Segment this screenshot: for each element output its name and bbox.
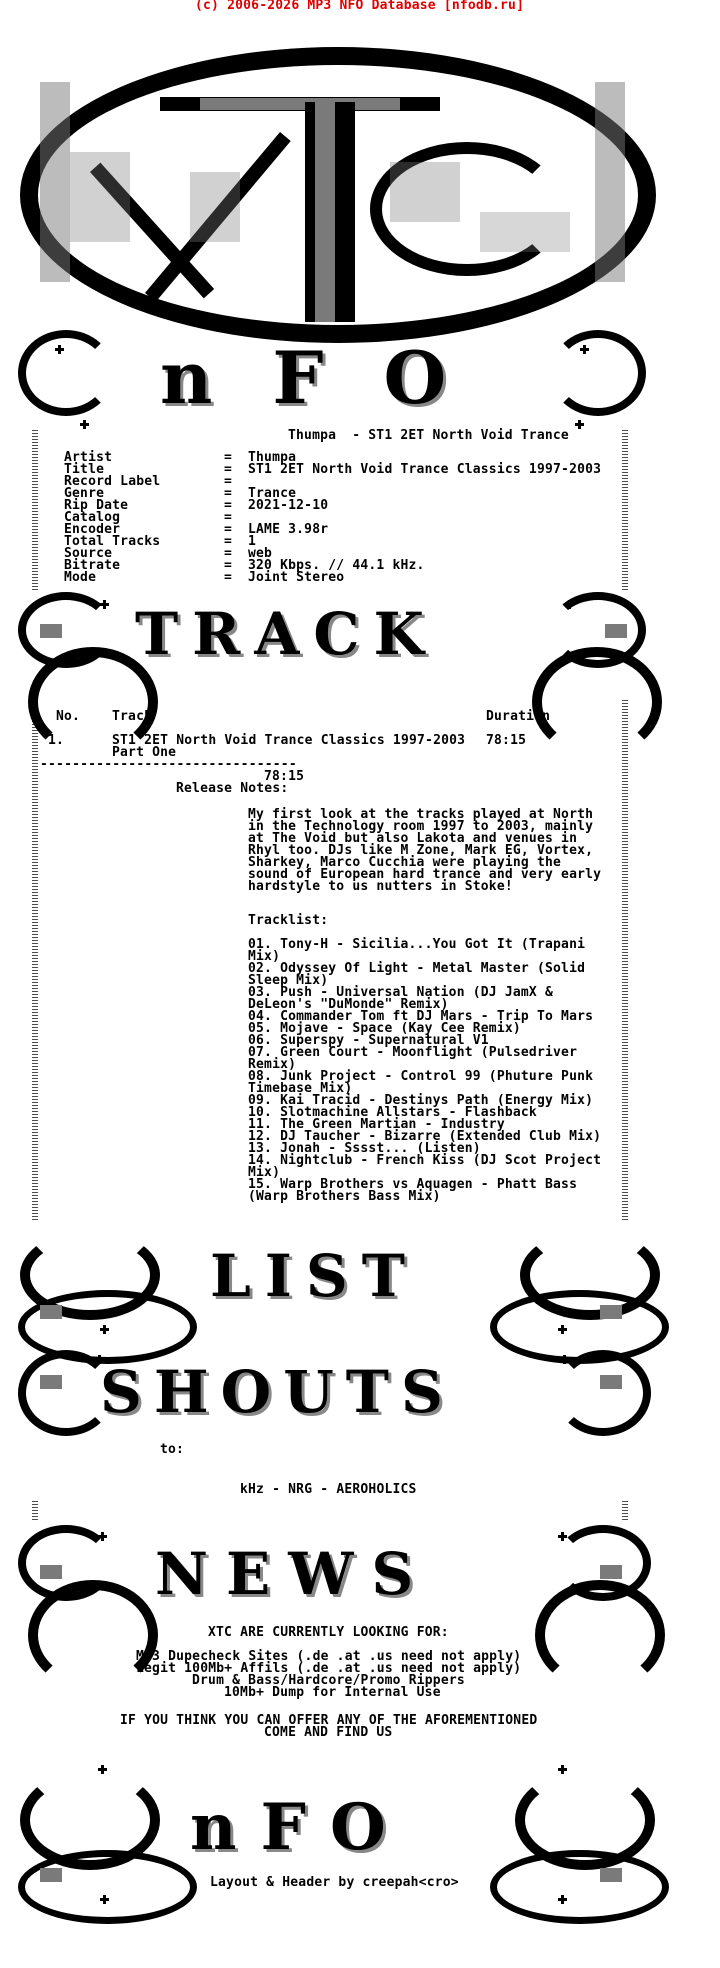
news-banner-art: NEWS [10, 1520, 650, 1630]
left-border [32, 430, 38, 590]
info-value: 2021-12-10 [248, 500, 328, 512]
news-heading: XTC ARE CURRENTLY LOOKING FOR: [208, 1627, 449, 1639]
footer-nfo-text: nFO [190, 1790, 410, 1865]
right-border [622, 700, 628, 1220]
nfo-banner-art: nFO [10, 320, 650, 420]
track-banner-text: TRACK [135, 600, 438, 668]
tracks-header-duration: Duration [486, 711, 550, 723]
list-banner-art: LIST [10, 1230, 650, 1350]
news-cta-line2: COME AND FIND US [264, 1727, 392, 1739]
release-notes-line: hardstyle to us nutters in Stoke! [248, 881, 513, 893]
info-label: Mode [64, 572, 96, 584]
nfodb-copyright-link[interactable]: (c) 2006-2026 MP3 NFO Database [nfodb.ru… [195, 0, 524, 12]
release-title: Thumpa - ST1 2ET North Void Trance [288, 430, 569, 442]
right-border [622, 1500, 628, 1520]
tracklist-item: 01. Tony-H - Sicilia...You Got It (Trapa… [248, 939, 585, 951]
news-item: 10Mb+ Dump for Internal Use [224, 1687, 441, 1699]
footer-credit: Layout & Header by creepah<cro> [210, 1877, 459, 1889]
tracklist-item: 07. Green Court - Moonflight (Pulsedrive… [248, 1047, 577, 1059]
info-equals: = [224, 572, 232, 584]
tracklist-item: (Warp Brothers Bass Mix) [248, 1191, 441, 1203]
xtc-logo-art [10, 22, 650, 322]
track-banner-art: TRACK [10, 592, 650, 702]
release-notes-heading: Release Notes: [176, 783, 288, 795]
news-banner-text: NEWS [155, 1540, 431, 1608]
shouts-groups: kHz - NRG - AEROHOLICS [240, 1484, 417, 1496]
track-duration: 78:15 [486, 735, 526, 747]
tracks-separator: -------------------------------- [40, 759, 297, 771]
info-value: Joint Stereo [248, 572, 344, 584]
left-border [32, 1500, 38, 1520]
nfo-banner-text: nFO [160, 335, 506, 420]
info-value: LAME 3.98r [248, 524, 328, 536]
list-banner-text: LIST [210, 1242, 419, 1310]
left-border [32, 700, 38, 1220]
right-border [622, 430, 628, 590]
tracks-header-track: Track [112, 711, 152, 723]
shouts-to-label: to: [160, 1444, 184, 1456]
tracklist-item: 14. Nightclub - French Kiss (DJ Scot Pro… [248, 1155, 601, 1167]
tracks-header-no: No. [56, 711, 80, 723]
info-value: ST1 2ET North Void Trance Classics 1997-… [248, 464, 601, 476]
shouts-banner-text: SHOUTS [100, 1358, 455, 1426]
shouts-banner-art: SHOUTS [10, 1350, 650, 1450]
track-number: 1. [48, 735, 64, 747]
tracklist-heading: Tracklist: [248, 915, 328, 927]
